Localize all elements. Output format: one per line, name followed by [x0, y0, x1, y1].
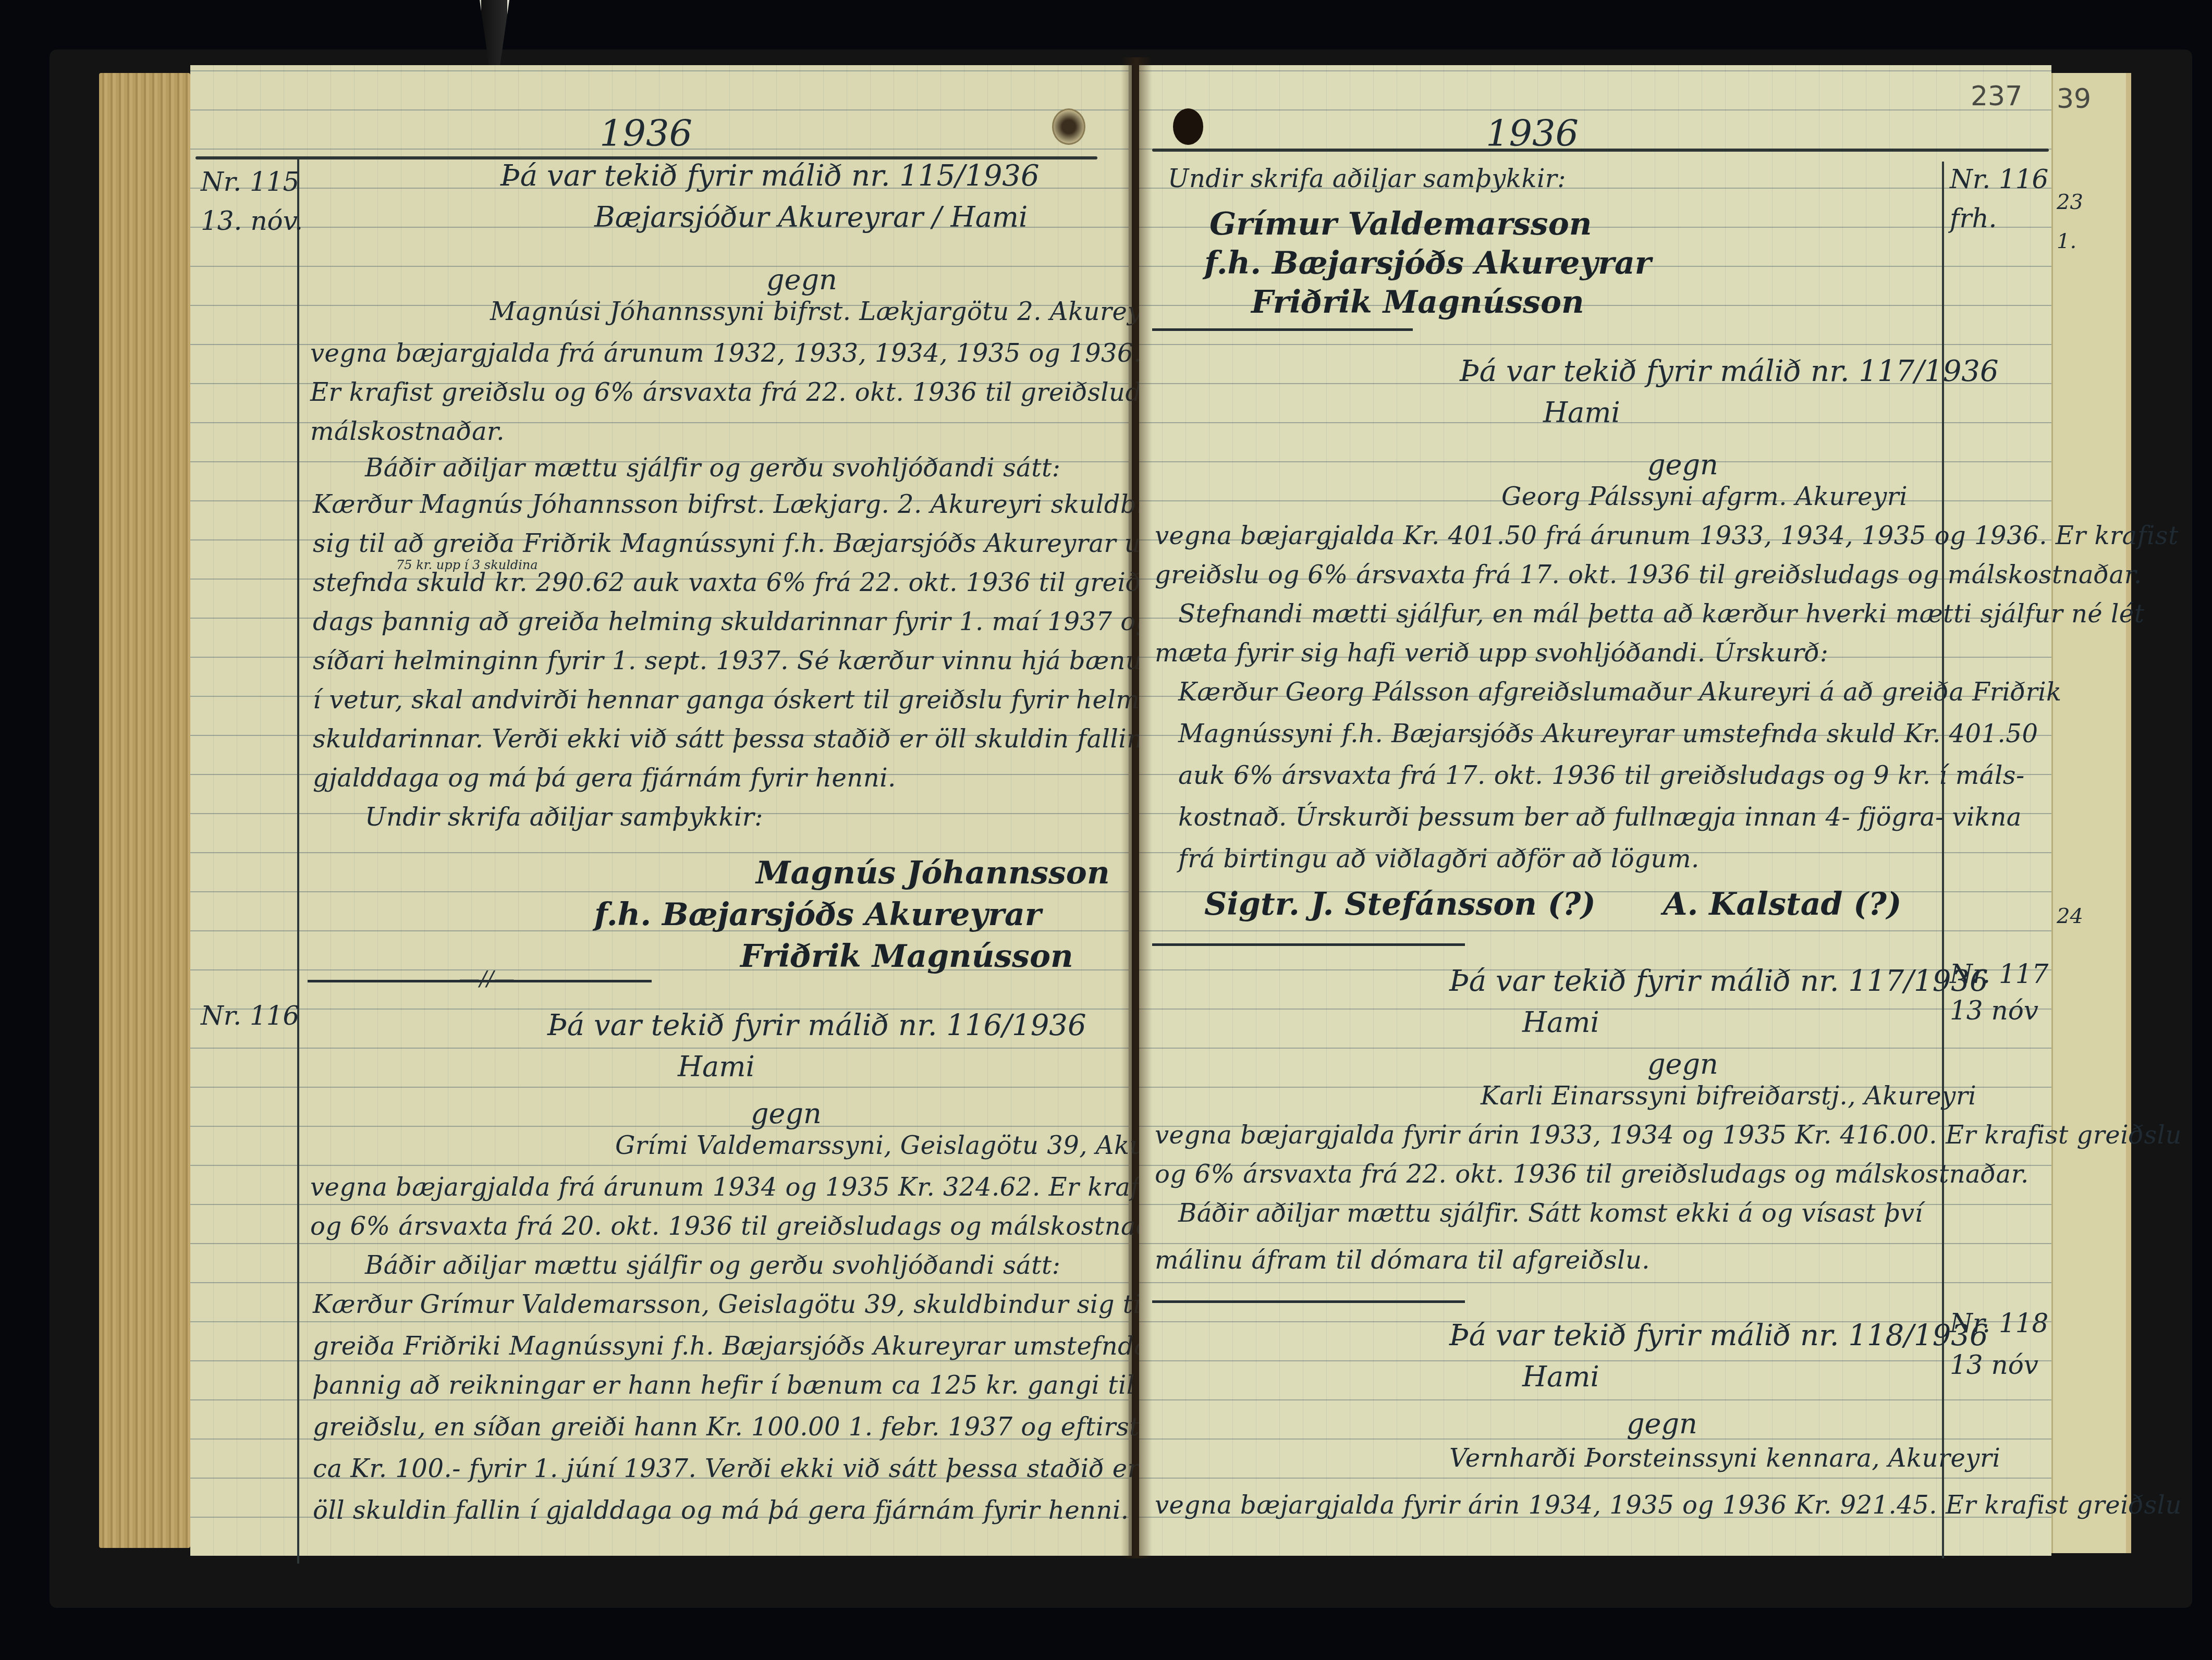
signature: A. Kalstad (?) — [1663, 886, 1901, 923]
signature: f.h. Bæjarsjóðs Akureyrar — [594, 896, 1041, 933]
body-line: Er krafist greiðslu og 6% ársvaxta frá 2… — [310, 378, 1226, 407]
body-line: vegna bæjargjalda fyrir árin 1934, 1935 … — [1155, 1491, 2182, 1520]
edge-note: 1. — [2057, 229, 2076, 253]
body-line: dags þannig að greiða helming skuldarinn… — [313, 607, 1152, 636]
interlinear-note: 75 kr. upp í 3 skuldina — [396, 558, 538, 572]
body-line: málinu áfram til dómara til afgreiðslu. — [1155, 1246, 1650, 1275]
entry-date: 13. nóv. — [201, 206, 303, 236]
book-spine — [1121, 57, 1152, 1558]
page-block-edge — [99, 73, 190, 1548]
body-line: vegna bæjargjalda Kr. 401.50 frá árunum … — [1155, 521, 2179, 550]
binding-hole-left — [1052, 108, 1085, 145]
next-page-edge — [2051, 73, 2131, 1553]
body-line: Magnússyni f.h. Bæjarsjóðs Akureyrar ums… — [1178, 719, 2038, 748]
body-line: Báðir aðiljar mættu sjálfir og gerðu svo… — [365, 1251, 1060, 1280]
gegn-label: gegn — [751, 1097, 822, 1130]
body-line: ca Kr. 100.- fyrir 1. júní 1937. Verði e… — [313, 1454, 1140, 1483]
body-line: mæta fyrir sig hafi verið upp svohljóðan… — [1155, 638, 1828, 668]
plaintiff: Hami — [678, 1050, 755, 1083]
page-number-next: 39 — [2057, 83, 2091, 115]
body-line: og 6% ársvaxta frá 22. okt. 1936 til gre… — [1155, 1160, 2029, 1189]
signature: Grímur Valdemarsson — [1209, 206, 1592, 242]
body-line: frá birtingu að viðlagðri aðför að lögum… — [1178, 844, 1700, 874]
case-heading: Þá var tekið fyrir málið nr. 118/1936 — [1449, 1319, 1988, 1352]
header-rule-right — [1152, 149, 2049, 152]
body-line: sig til að greiða Friðrik Magnússyni f.h… — [313, 529, 1174, 558]
body-line: Kærður Grímur Valdemarsson, Geislagötu 3… — [313, 1290, 1188, 1319]
case-heading: Þá var tekið fyrir málið nr. 116/1936 — [547, 1009, 1086, 1042]
year-left: 1936 — [600, 112, 692, 155]
edge-note: 23 — [2057, 190, 2083, 214]
body-line: Báðir aðiljar mættu sjálfir. Sátt komst … — [1178, 1199, 1923, 1228]
gegn-label: gegn — [766, 263, 837, 296]
binding-hole-right — [1173, 108, 1203, 145]
body-line: vegna bæjargjalda fyrir árin 1933, 1934 … — [1155, 1121, 2182, 1150]
body-line: Kærður Magnús Jóhannsson bifrst. Lækjarg… — [313, 490, 1206, 519]
body-line: Undir skrifa aðiljar samþykkir: — [1168, 164, 1566, 193]
plaintiff: Hami — [1543, 396, 1620, 429]
body-line: greiðslu, en síðan greiði hann Kr. 100.0… — [313, 1412, 1256, 1442]
body-line: síðari helminginn fyrir 1. sept. 1937. S… — [313, 646, 1166, 675]
entry-date: 13 nóv — [1950, 1350, 2038, 1380]
body-line: Báðir aðiljar mættu sjálfir og gerðu svo… — [365, 453, 1060, 483]
edge-note: 24 — [2057, 904, 2083, 928]
margin-rule-left — [297, 156, 299, 1564]
signature: Sigtr. J. Stefánsson (?) — [1204, 886, 1596, 923]
page-number: 237 — [1971, 81, 2022, 112]
body-line: auk 6% ársvaxta frá 17. okt. 1936 til gr… — [1178, 761, 2025, 790]
body-line: skuldarinnar. Verði ekki við sátt þessa … — [313, 724, 1159, 754]
body-line: í vetur, skal andvirði hennar ganga óske… — [313, 685, 1203, 715]
entry-separator — [1152, 1300, 1465, 1303]
body-line: og 6% ársvaxta frá 20. okt. 1936 til gre… — [310, 1212, 1184, 1241]
defendant: Magnúsi Jóhannssyni bifrst. Lækjargötu 2… — [490, 297, 1162, 326]
case-heading: Þá var tekið fyrir málið nr. 117/1936 — [1449, 964, 1988, 998]
entry-date: frh. — [1950, 203, 1997, 233]
defendant: Grími Valdemarssyni, Geislagötu 39, Akur… — [615, 1131, 1208, 1160]
plaintiff: Bæjarsjóður Akureyrar / Hami — [594, 201, 1028, 233]
body-line: stefnda skuld kr. 290.62 auk vaxta 6% fr… — [313, 568, 1188, 597]
signature: f.h. Bæjarsjóðs Akureyrar — [1204, 245, 1651, 281]
plaintiff: Hami — [1522, 1006, 1599, 1039]
entry-number: Nr. 115 — [201, 167, 299, 197]
defendant: Georg Pálssyni afgrm. Akureyri — [1501, 482, 1908, 511]
body-line: Kærður Georg Pálsson afgreiðslumaður Aku… — [1178, 678, 2062, 707]
entry-separator — [1152, 943, 1465, 946]
body-line: málskostnaðar. — [310, 417, 505, 446]
gegn-label: gegn — [1647, 448, 1718, 481]
case-heading: Þá var tekið fyrir málið nr. 117/1936 — [1460, 354, 1999, 388]
entry-date: 13 nóv — [1950, 995, 2038, 1026]
body-line: Undir skrifa aðiljar samþykkir: — [365, 803, 763, 832]
year-right: 1936 — [1486, 112, 1579, 155]
defendant: Karli Einarssyni bifreiðarstj., Akureyri — [1481, 1081, 1976, 1111]
signature: Friðrik Magnússon — [1251, 284, 1584, 321]
entry-separator — [1152, 328, 1413, 331]
body-line: greiða Friðriki Magnússyni f.h. Bæjarsjó… — [313, 1332, 1227, 1361]
separator-mark: —//— — [459, 967, 515, 991]
body-line: þannig að reikningar er hann hefir í bæn… — [313, 1371, 1135, 1400]
case-heading: Þá var tekið fyrir málið nr. 115/1936 — [500, 159, 1040, 193]
body-line: öll skuldin fallin í gjalddaga og má þá … — [313, 1496, 1129, 1525]
body-line: kostnað. Úrskurði þessum ber að fullnægj… — [1178, 803, 2022, 832]
entry-number: Nr. 116 — [1950, 164, 2048, 194]
entry-number: Nr. 116 — [201, 1001, 299, 1031]
signature: Magnús Jóhannsson — [756, 855, 1110, 891]
gegn-label: gegn — [1627, 1407, 1697, 1440]
body-line: greiðslu og 6% ársvaxta frá 17. okt. 193… — [1155, 560, 2142, 589]
signature: Friðrik Magnússon — [740, 938, 1073, 975]
plaintiff: Hami — [1522, 1360, 1599, 1393]
body-line: gjalddaga og má þá gera fjárnám fyrir he… — [313, 764, 896, 793]
defendant: Vernharði Þorsteinssyni kennara, Akureyr… — [1449, 1444, 2000, 1473]
body-line: Stefnandi mætti sjálfur, en mál þetta að… — [1178, 599, 2145, 629]
gegn-label: gegn — [1647, 1048, 1718, 1080]
